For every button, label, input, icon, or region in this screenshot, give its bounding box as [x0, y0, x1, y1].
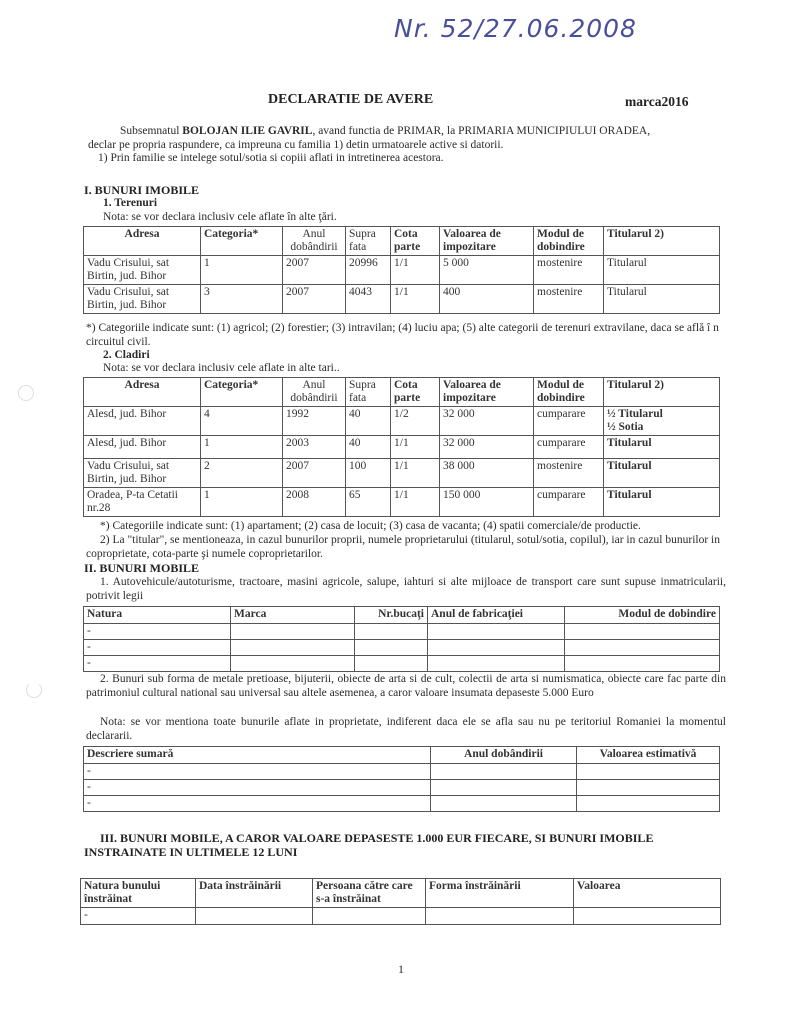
- table-cell: 5 000: [440, 256, 534, 285]
- table-row: Oradea, P-ta Cetatii nr.2812008651/1150 …: [84, 488, 720, 517]
- table-cell: [565, 656, 720, 672]
- table-cell: mostenire: [534, 285, 604, 314]
- column-header: Adresa: [84, 227, 201, 256]
- valuables-note: Nota: se vor mentiona toate bunurile afl…: [86, 716, 726, 743]
- terenuri-subtitle: 1. Terenuri: [103, 197, 157, 209]
- table-cell: 32 000: [440, 436, 534, 459]
- table-cell: 4: [201, 407, 283, 436]
- column-header: Supra fata: [346, 227, 391, 256]
- table-cell: [355, 624, 428, 640]
- intro-prefix: Subsemnatul: [120, 125, 182, 137]
- table-cell: -: [84, 624, 231, 640]
- column-header: Modul de dobindire: [565, 607, 720, 624]
- column-header: Cota parte: [391, 227, 440, 256]
- table-cell: Titularul: [604, 285, 720, 314]
- section-1-title: I. BUNURI IMOBILE: [84, 183, 199, 198]
- table-cell: ½ Titularul ½ Sotia: [604, 407, 720, 436]
- table-cell: Vadu Crisului, sat Birtin, jud. Bihor: [84, 256, 201, 285]
- table-cell: 400: [440, 285, 534, 314]
- table-cell: 1: [201, 436, 283, 459]
- cladiri-footnote-2: 2) La "titular", se mentioneaza, in cazu…: [86, 534, 726, 561]
- punch-hole-mark: [26, 682, 42, 698]
- table-cell: [565, 624, 720, 640]
- table-cell: Titularul: [604, 488, 720, 517]
- table-cell: [355, 640, 428, 656]
- table-header-row: Descriere sumarăAnul dobândiriiValoarea …: [84, 747, 720, 764]
- table-header-row: AdresaCategoria*Anul dobândiriiSupra fat…: [84, 227, 720, 256]
- column-header: Persoana către care s-a înstrăinat: [313, 879, 426, 908]
- cladiri-table: AdresaCategoria*Anul dobândiriiSupra fat…: [83, 377, 720, 517]
- table-cell: Titularul: [604, 436, 720, 459]
- column-header: Nr.bucaţi: [355, 607, 428, 624]
- table-cell: [431, 780, 577, 796]
- table-cell: mostenire: [534, 256, 604, 285]
- table-cell: 2007: [283, 459, 346, 488]
- table-cell: mostenire: [534, 459, 604, 488]
- table-cell: Alesd, jud. Bihor: [84, 436, 201, 459]
- terenuri-footnote: *) Categoriile indicate sunt: (1) agrico…: [86, 322, 726, 349]
- table-cell: -: [84, 640, 231, 656]
- table-cell: Oradea, P-ta Cetatii nr.28: [84, 488, 201, 517]
- vehicles-table: NaturaMarcaNr.bucaţiAnul de fabricaţieiM…: [83, 606, 720, 672]
- intro-paragraph: Subsemnatul BOLOJAN ILIE GAVRIL, avand f…: [88, 125, 728, 166]
- table-cell: 1/1: [391, 459, 440, 488]
- table-cell: 100: [346, 459, 391, 488]
- table-cell: -: [84, 796, 431, 812]
- column-header: Categoria*: [201, 378, 283, 407]
- column-header: Modul de dobindire: [534, 378, 604, 407]
- table-cell: Titularul: [604, 256, 720, 285]
- column-header: Natura: [84, 607, 231, 624]
- table-row: -: [84, 656, 720, 672]
- table-row: Alesd, jud. Bihor41992401/232 000cumpara…: [84, 407, 720, 436]
- column-header: Natura bunului înstrăinat: [81, 879, 196, 908]
- column-header: Categoria*: [201, 227, 283, 256]
- table-cell: 1/1: [391, 488, 440, 517]
- column-header: Valoarea estimativă: [577, 747, 720, 764]
- column-header: Descriere sumară: [84, 747, 431, 764]
- table-cell: cumparare: [534, 436, 604, 459]
- table-cell: 1/2: [391, 407, 440, 436]
- table-cell: [565, 640, 720, 656]
- table-cell: Vadu Crisului, sat Birtin, jud. Bihor: [84, 459, 201, 488]
- table-cell: [577, 764, 720, 780]
- table-cell: 65: [346, 488, 391, 517]
- column-header: Data înstrăinării: [196, 879, 313, 908]
- table-cell: -: [84, 764, 431, 780]
- column-header: Cota parte: [391, 378, 440, 407]
- table-row: -: [84, 764, 720, 780]
- table-cell: 40: [346, 407, 391, 436]
- column-header: Valoarea de impozitare: [440, 227, 534, 256]
- valuables-intro: 2. Bunuri sub forma de metale pretioase,…: [86, 673, 726, 700]
- section-2-title: II. BUNURI MOBILE: [84, 561, 199, 576]
- table-cell: [431, 796, 577, 812]
- table-cell: 38 000: [440, 459, 534, 488]
- table-cell: 2008: [283, 488, 346, 517]
- column-header: Adresa: [84, 378, 201, 407]
- table-cell: 2007: [283, 285, 346, 314]
- table-cell: [355, 656, 428, 672]
- table-cell: [231, 656, 355, 672]
- terenuri-note: Nota: se vor declara inclusiv cele aflat…: [103, 211, 337, 223]
- table-row: Vadu Crisului, sat Birtin, jud. Bihor220…: [84, 459, 720, 488]
- column-header: Anul dobândirii: [283, 227, 346, 256]
- table-cell: [428, 640, 565, 656]
- table-cell: Vadu Crisului, sat Birtin, jud. Bihor: [84, 285, 201, 314]
- column-header: Titularul 2): [604, 227, 720, 256]
- declarant-name: BOLOJAN ILIE GAVRIL: [182, 125, 312, 137]
- column-header: Forma înstrăinării: [426, 879, 574, 908]
- table-cell: -: [84, 780, 431, 796]
- table-cell: 2003: [283, 436, 346, 459]
- table-cell: cumparare: [534, 488, 604, 517]
- table-cell: Alesd, jud. Bihor: [84, 407, 201, 436]
- column-header: Valoarea de impozitare: [440, 378, 534, 407]
- table-cell: 1/1: [391, 436, 440, 459]
- intro-line1-rest: , avand functia de PRIMAR, la PRIMARIA M…: [312, 125, 650, 137]
- intro-line2: declar pe propria raspundere, ca impreun…: [88, 139, 728, 153]
- table-row: -: [84, 780, 720, 796]
- table-cell: 20996: [346, 256, 391, 285]
- table-cell: 4043: [346, 285, 391, 314]
- table-cell: Titularul: [604, 459, 720, 488]
- table-cell: [231, 624, 355, 640]
- registration-annotation: Nr. 52/27.06.2008: [394, 14, 637, 43]
- table-row: -: [84, 624, 720, 640]
- table-cell: 2: [201, 459, 283, 488]
- table-cell: [577, 780, 720, 796]
- page-number: 1: [398, 962, 404, 977]
- table-cell: [574, 908, 721, 925]
- cladiri-note: Nota: se vor declara inclusiv cele aflat…: [103, 362, 340, 374]
- column-header: Anul de fabricaţiei: [428, 607, 565, 624]
- table-header-row: Natura bunului înstrăinatData înstrăinăr…: [81, 879, 721, 908]
- column-header: Valoarea: [574, 879, 721, 908]
- table-cell: [313, 908, 426, 925]
- table-row: -: [81, 908, 721, 925]
- column-header: Titularul 2): [604, 378, 720, 407]
- table-row: Alesd, jud. Bihor12003401/132 000cumpara…: [84, 436, 720, 459]
- table-cell: 1992: [283, 407, 346, 436]
- table-row: -: [84, 796, 720, 812]
- table-cell: -: [84, 656, 231, 672]
- table-cell: 1: [201, 256, 283, 285]
- column-header: Anul dobândirii: [431, 747, 577, 764]
- table-cell: 40: [346, 436, 391, 459]
- column-header: Anul dobândirii: [283, 378, 346, 407]
- column-header: Marca: [231, 607, 355, 624]
- cladiri-subtitle: 2. Cladiri: [103, 349, 150, 361]
- table-cell: [428, 624, 565, 640]
- valuables-table: Descriere sumarăAnul dobândiriiValoarea …: [83, 746, 720, 812]
- table-cell: cumparare: [534, 407, 604, 436]
- punch-hole-mark: [18, 385, 34, 401]
- table-cell: [577, 796, 720, 812]
- table-cell: 32 000: [440, 407, 534, 436]
- table-header-row: AdresaCategoria*Anul dobândiriiSupra fat…: [84, 378, 720, 407]
- vehicles-intro: 1. Autovehicule/autoturisme, tractoare, …: [86, 576, 726, 603]
- table-cell: [428, 656, 565, 672]
- section-3-title: III. BUNURI MOBILE, A CAROR VALOARE DEPA…: [84, 832, 724, 859]
- table-cell: 1: [201, 488, 283, 517]
- table-cell: [231, 640, 355, 656]
- document-code: marca2016: [625, 94, 689, 110]
- document-title: DECLARATIE DE AVERE: [268, 92, 433, 108]
- intro-line3: 1) Prin familie se intelege sotul/sotia …: [88, 152, 728, 166]
- table-row: Vadu Crisului, sat Birtin, jud. Bihor320…: [84, 285, 720, 314]
- cladiri-footnote-1: *) Categoriile indicate sunt: (1) aparta…: [100, 520, 725, 534]
- table-cell: [426, 908, 574, 925]
- column-header: Modul de dobindire: [534, 227, 604, 256]
- terenuri-table: AdresaCategoria*Anul dobândiriiSupra fat…: [83, 226, 720, 314]
- table-cell: 150 000: [440, 488, 534, 517]
- table-header-row: NaturaMarcaNr.bucaţiAnul de fabricaţieiM…: [84, 607, 720, 624]
- column-header: Supra fata: [346, 378, 391, 407]
- table-cell: [196, 908, 313, 925]
- table-cell: 1/1: [391, 256, 440, 285]
- alienated-assets-table: Natura bunului înstrăinatData înstrăinăr…: [80, 878, 721, 925]
- table-row: -: [84, 640, 720, 656]
- table-cell: [431, 764, 577, 780]
- table-row: Vadu Crisului, sat Birtin, jud. Bihor120…: [84, 256, 720, 285]
- table-cell: 2007: [283, 256, 346, 285]
- table-cell: 1/1: [391, 285, 440, 314]
- table-cell: -: [81, 908, 196, 925]
- table-cell: 3: [201, 285, 283, 314]
